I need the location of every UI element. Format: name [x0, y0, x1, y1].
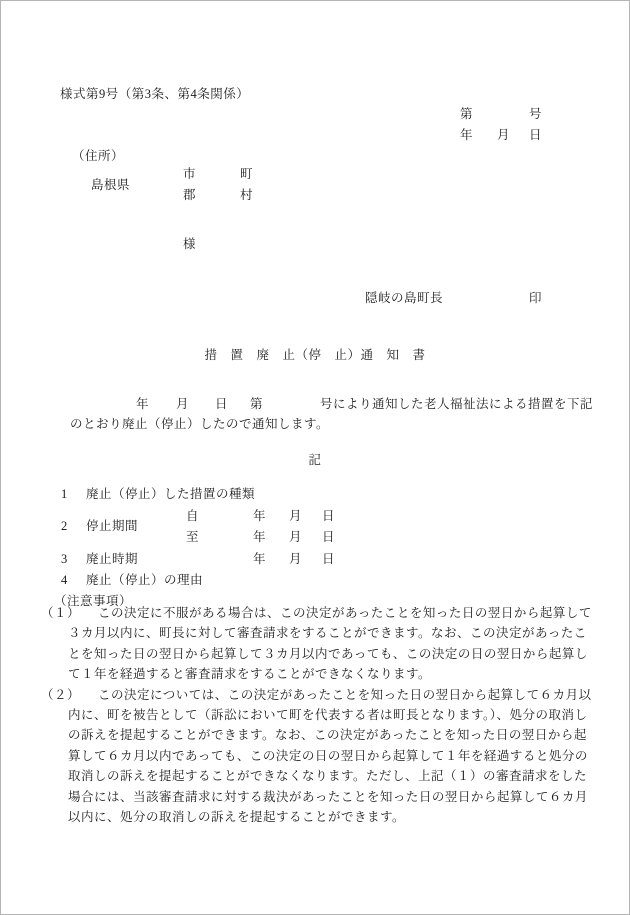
item-4-number: 4 [61, 573, 68, 588]
header-year-label: 年 [460, 128, 473, 143]
note-2-line-4: 算して６カ月以内であっても、この決定の日の翌日から起算して１年を経過すると処分の [41, 746, 616, 766]
item-2-label: 停止期間 [86, 519, 138, 534]
header-month-label: 月 [497, 128, 510, 143]
item-4-label: 廃止（停止）の理由 [86, 573, 203, 588]
item-2-to-month-label: 月 [289, 530, 302, 545]
item-3-month-label: 月 [289, 552, 302, 567]
note-2-marker: （２） [41, 685, 98, 705]
seal-label: 印 [529, 291, 542, 306]
item-2-from-year-label: 年 [253, 509, 266, 524]
document-title: 措 置 廃 止（停 止）通 知 書 [1, 347, 629, 363]
note-2-text: この決定については、この決定があったことを知った日の翌日から起算して６カ月以 [98, 688, 592, 702]
to-label: 至 [186, 530, 199, 545]
header-day-label: 日 [529, 128, 542, 143]
body-year-label: 年 [136, 397, 149, 412]
item-1-label: 廃止（停止）した措置の種類 [86, 487, 255, 502]
body-day-label: 日 [215, 397, 228, 412]
body-paragraph-line2: のとおり廃止（停止）したので通知します。 [70, 417, 329, 432]
item-2-to-year-label: 年 [253, 530, 266, 545]
prefecture-label: 島根県 [91, 178, 130, 193]
note-1-marker: （１） [41, 603, 98, 623]
town-label: 町 [240, 167, 253, 182]
form-number-label: 様式第9号（第3条、第4条関係） [60, 87, 249, 102]
note-1-text: この決定に不服がある場合は、この決定があったことを知った日の翌日から起算して [98, 606, 592, 620]
doc-number-suffix: 号 [529, 107, 542, 122]
item-3-number: 3 [61, 552, 68, 567]
note-1-line-4: て１年を経過すると審査請求をすることができなくなります。 [41, 664, 616, 684]
addressee-honorific: 様 [183, 237, 196, 252]
note-2-line-6: 場合には、当該審査請求に対する裁決があったことを知った日の翌日から起算して６カ月 [41, 787, 616, 807]
item-2-to-day-label: 日 [322, 530, 335, 545]
note-1-line-2: ３カ月以内に、町長に対して審査請求をすることができます。なお、この決定があったこ [41, 623, 616, 643]
document-number-line: 第 号 [1, 107, 629, 123]
sender-name: 隠岐の島町長 [365, 291, 443, 306]
county-label: 郡 [183, 188, 196, 203]
from-label: 自 [186, 509, 199, 524]
item-3-label: 廃止時期 [86, 552, 138, 567]
body-number-prefix: 第 [250, 397, 263, 412]
item-3-year-label: 年 [253, 552, 266, 567]
document-page: 様式第9号（第3条、第4条関係） 第 号 年 月 日 （住所） 島根県 市 町 … [0, 0, 630, 915]
note-2-line-2: 内に、町を被告として（訴訟において町を代表する者は町長となります。）、処分の取消… [41, 705, 616, 725]
header-date-line: 年 月 日 [1, 128, 629, 144]
note-1-line-3: とを知った日の翌日から起算して３カ月以内であっても、この決定の日の翌日から起算し [41, 644, 616, 664]
item-1-number: 1 [61, 487, 68, 502]
item-2-from-day-label: 日 [322, 509, 335, 524]
note-2-line-5: 取消しの訴えを提起することができなくなります。ただし、上記（１）の審査請求をした [41, 766, 616, 786]
village-label: 村 [240, 188, 253, 203]
item-3-day-label: 日 [322, 552, 335, 567]
doc-number-prefix: 第 [460, 107, 473, 122]
item-2-number: 2 [61, 519, 68, 534]
record-marker: 記 [1, 453, 629, 468]
note-2-line-7: 以内に、処分の取消しの訴えを提起することができます。 [41, 807, 616, 827]
body-paragraph-line1: 年 月 日 第 号により通知した老人福祉法による措置を下記 [1, 397, 629, 413]
city-label: 市 [183, 167, 196, 182]
body-line1-text: 号により通知した老人福祉法による措置を下記 [320, 397, 593, 412]
note-2-line-3: の訴えを提起することができます。なお、この決定があったことを知った日の翌日から起 [41, 725, 616, 745]
note-2-line-1: （２）この決定については、この決定があったことを知った日の翌日から起算して６カ月… [41, 685, 616, 705]
notes-block: （１）この決定に不服がある場合は、この決定があったことを知った日の翌日から起算し… [41, 603, 616, 827]
address-label: （住所） [72, 149, 124, 164]
note-1-line-1: （１）この決定に不服がある場合は、この決定があったことを知った日の翌日から起算し… [41, 603, 616, 623]
item-2-from-month-label: 月 [289, 509, 302, 524]
body-month-label: 月 [176, 397, 189, 412]
